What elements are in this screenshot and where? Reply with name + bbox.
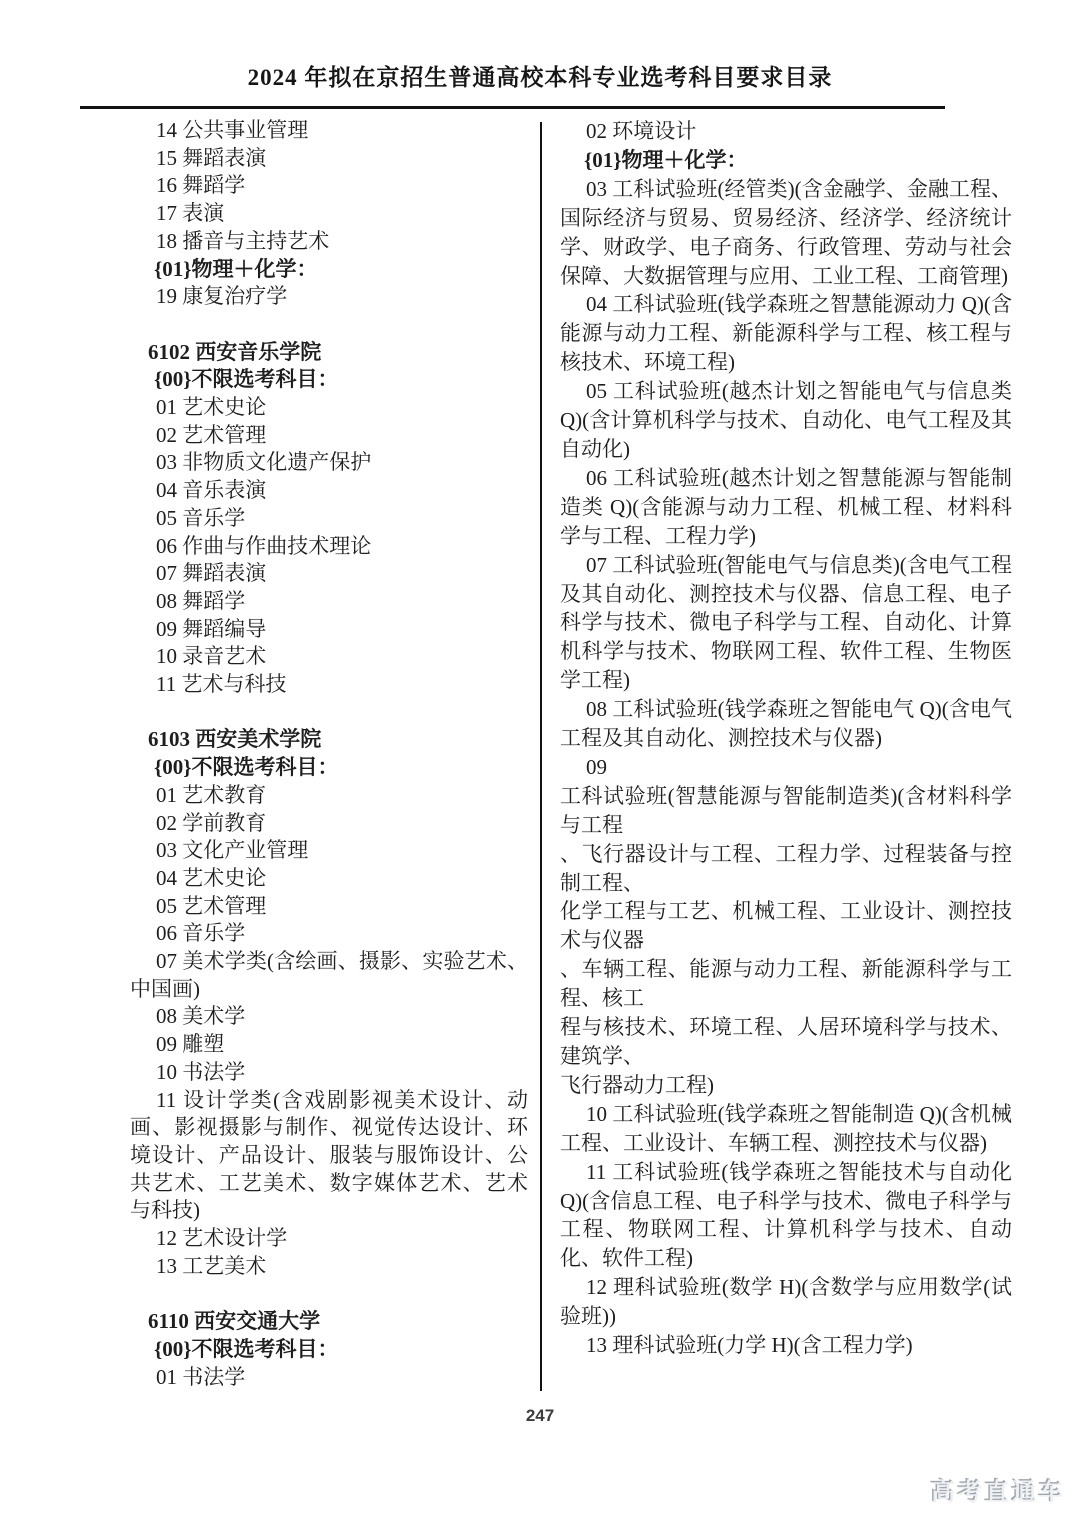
major-item-line: 19 康复治疗学 (130, 283, 528, 311)
major-item-line: 06 音乐学 (130, 920, 528, 948)
title-rule (80, 106, 945, 109)
continuation-line: 、飞行器设计与工程、工程力学、过程装备与控制工程、 (560, 840, 1012, 898)
continuation-line: 化学工程与工艺、机械工程、工业设计、测控技术与仪器 (560, 897, 1012, 955)
subject-requirement-line: {00}不限选考科目： (130, 754, 528, 782)
major-item-line: 10 工科试验班(钱学森班之智能制造 Q)(含机械工程、工业设计、车辆工程、测控… (560, 1100, 1012, 1158)
page-number: 247 (0, 1406, 1080, 1426)
continuation-line: 、车辆工程、能源与动力工程、新能源科学与工程、核工 (560, 955, 1012, 1013)
major-item-line: 11 艺术与科技 (130, 671, 528, 699)
major-item-line: 01 书法学 (130, 1364, 528, 1392)
major-item-line: 05 音乐学 (130, 505, 528, 533)
major-item-line: 06 作曲与作曲技术理论 (130, 533, 528, 561)
subject-requirement-line: {01}物理＋化学： (130, 256, 528, 284)
major-item-line: 04 工科试验班(钱学森班之智慧能源动力 Q)(含能源与动力工程、新能源科学与工… (560, 290, 1012, 377)
major-item-line: 11 工科试验班(钱学森班之智能技术与自动化 Q)(含信息工程、电子科学与技术、… (560, 1158, 1012, 1274)
continuation-line: 飞行器动力工程) (560, 1071, 1012, 1100)
watermark: 高考直通车 (931, 1472, 1066, 1507)
major-item-line: 13 工艺美术 (130, 1253, 528, 1281)
continuation-line: 工科试验班(智慧能源与智能制造类)(含材料科学与工程 (560, 782, 1012, 840)
left-column: 14 公共事业管理15 舞蹈表演16 舞蹈学17 表演18 播音与主持艺术{01… (130, 117, 528, 1391)
major-item-line: 05 工科试验班(越杰计划之智能电气与信息类 Q)(含计算机科学与技术、自动化、… (560, 377, 1012, 464)
column-divider (540, 122, 542, 1391)
blank-line (130, 1281, 528, 1309)
major-item-line: 08 舞蹈学 (130, 588, 528, 616)
school-header-line: 6103 西安美术学院 (130, 726, 528, 754)
major-item-line: 15 舞蹈表演 (130, 145, 528, 173)
blank-line (130, 311, 528, 339)
right-column: 02 环境设计{01}物理＋化学：03 工科试验班(经管类)(含金融学、金融工程… (560, 117, 1012, 1391)
major-item-line: 04 艺术史论 (130, 865, 528, 893)
major-item-line: 01 艺术史论 (130, 394, 528, 422)
major-item-line: 03 工科试验班(经管类)(含金融学、金融工程、国际经济与贸易、贸易经济、经济学… (560, 175, 1012, 291)
major-item-line: 14 公共事业管理 (130, 117, 528, 145)
blank-line (130, 699, 528, 727)
major-item-line: 04 音乐表演 (130, 477, 528, 505)
subject-requirement-line: {00}不限选考科目： (130, 366, 528, 394)
continuation-line: 程与核技术、环境工程、人居环境科学与技术、建筑学、 (560, 1013, 1012, 1071)
major-item-line: 12 艺术设计学 (130, 1225, 528, 1253)
subject-requirement-line: {00}不限选考科目： (130, 1336, 528, 1364)
subject-requirement-line: {01}物理＋化学： (560, 146, 1012, 175)
major-item-line: 10 录音艺术 (130, 643, 528, 671)
major-item-line: 02 环境设计 (560, 117, 1012, 146)
major-item-line: 12 理科试验班(数学 H)(含数学与应用数学(试验班)) (560, 1273, 1012, 1331)
major-item-line: 09 雕塑 (130, 1031, 528, 1059)
major-item-line: 08 美术学 (130, 1003, 528, 1031)
major-item-line: 02 学前教育 (130, 810, 528, 838)
major-item-line: 02 艺术管理 (130, 422, 528, 450)
major-item-line: 18 播音与主持艺术 (130, 228, 528, 256)
major-item-line: 07 美术学类(含绘画、摄影、实验艺术、中国画) (130, 948, 528, 1003)
major-item-line: 08 工科试验班(钱学森班之智能电气 Q)(含电气工程及其自动化、测控技术与仪器… (560, 695, 1012, 753)
major-item-line: 07 舞蹈表演 (130, 560, 528, 588)
major-item-line: 05 艺术管理 (130, 893, 528, 921)
major-item-line: 09 (560, 753, 1012, 782)
major-item-line: 07 工科试验班(智能电气与信息类)(含电气工程及其自动化、测控技术与仪器、信息… (560, 551, 1012, 696)
major-item-line: 16 舞蹈学 (130, 172, 528, 200)
major-item-line: 11 设计学类(含戏剧影视美术设计、动画、影视摄影与制作、视觉传达设计、环境设计… (130, 1087, 528, 1226)
major-item-line: 13 理科试验班(力学 H)(含工程力学) (560, 1331, 1012, 1360)
page-title: 2024 年拟在京招生普通高校本科专业选考科目要求目录 (0, 0, 1080, 94)
school-header-line: 6110 西安交通大学 (130, 1308, 528, 1336)
major-item-line: 03 非物质文化遗产保护 (130, 449, 528, 477)
major-item-line: 03 文化产业管理 (130, 837, 528, 865)
school-header-line: 6102 西安音乐学院 (130, 339, 528, 367)
major-item-line: 06 工科试验班(越杰计划之智慧能源与智能制造类 Q)(含能源与动力工程、机械工… (560, 464, 1012, 551)
major-item-line: 17 表演 (130, 200, 528, 228)
major-item-line: 10 书法学 (130, 1059, 528, 1087)
major-item-line: 09 舞蹈编导 (130, 616, 528, 644)
content-columns: 14 公共事业管理15 舞蹈表演16 舞蹈学17 表演18 播音与主持艺术{01… (130, 117, 1012, 1391)
major-item-line: 01 艺术教育 (130, 782, 528, 810)
